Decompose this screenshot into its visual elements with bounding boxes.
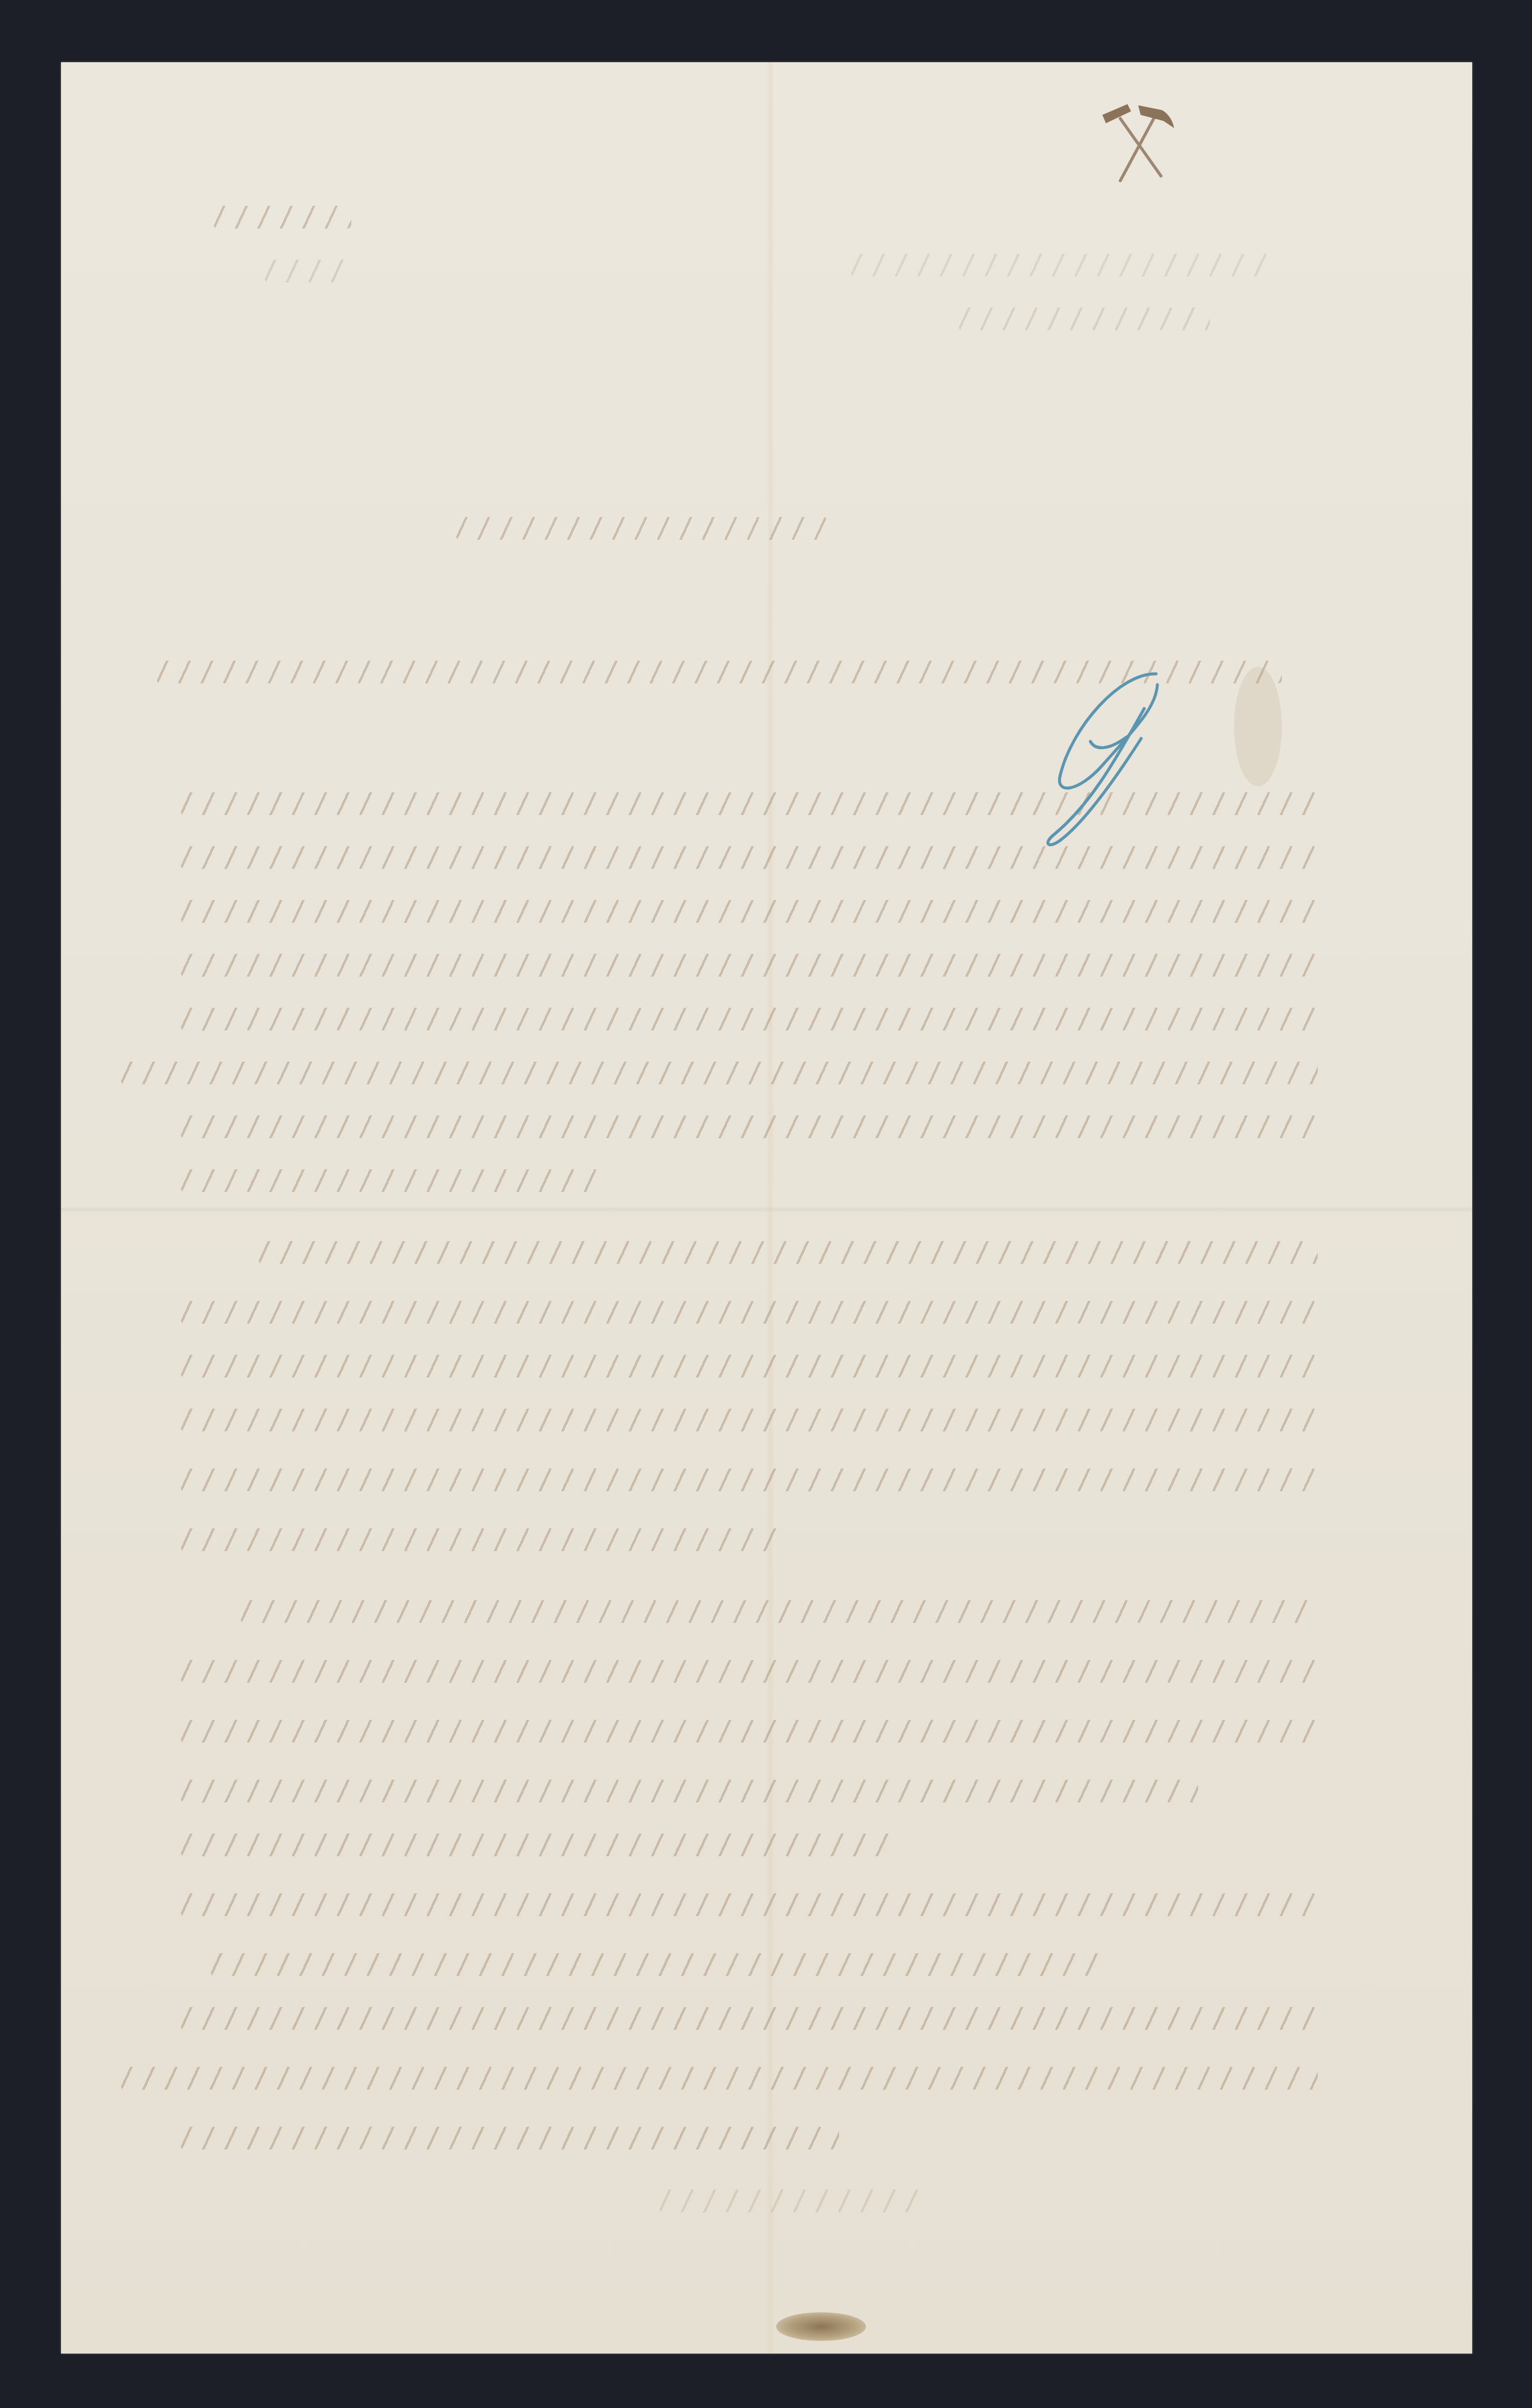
body-line: [illegible line 18] [181, 1720, 1318, 1743]
closing-line: [illegible line 26] [659, 2190, 929, 2212]
crossed-hammers-icon [1096, 92, 1180, 188]
body-line: [illegible line 8] [181, 1115, 1318, 1138]
body-line: [illegible line 12] [181, 1355, 1318, 1378]
body-line: [illegible line 22] [211, 1953, 1108, 1976]
body-line: [illegible line 24] [121, 2067, 1318, 2090]
body-line: [illegible line 19] [181, 1780, 1198, 1802]
paper-tear [776, 2312, 866, 2341]
body-line: [illegible line 23] [181, 2007, 1318, 2030]
horizontal-fold-crease [61, 1206, 1472, 1212]
salutation: [illegible salutation] [456, 517, 827, 540]
body-line: [illegible line 14] [181, 1468, 1318, 1491]
letter-paper: [illegible date line] [illegible] [illeg… [61, 62, 1472, 2354]
body-line: [illegible line 9] [181, 1169, 600, 1192]
body-line: [illegible line 13] [181, 1409, 1318, 1431]
header-address-line: [illegible place/address line] [851, 254, 1270, 276]
body-line: [illegible line 21] [181, 1893, 1318, 1916]
body-line: [illegible line 17] [181, 1660, 1318, 1683]
header-date-line: [illegible date line] [214, 206, 351, 229]
body-line: [illegible line 5] [181, 954, 1318, 977]
body-line: [illegible line 10] [259, 1241, 1318, 1264]
body-line: [illegible line 20] [181, 1834, 899, 1856]
body-line: [illegible line 25] [181, 2127, 839, 2149]
paper-stain [1234, 667, 1282, 786]
blue-g-annotation [1031, 661, 1174, 852]
header-date-line-2: [illegible] [265, 260, 354, 282]
body-line: [illegible line 15] [181, 1528, 779, 1551]
body-line: [illegible line 16] [241, 1600, 1318, 1623]
body-line: [illegible line 7] [121, 1062, 1318, 1084]
body-line: [illegible line 11] [181, 1301, 1318, 1324]
body-line: [illegible line 4] [181, 900, 1318, 923]
header-address-line-2: [illegible] [959, 308, 1210, 330]
body-line: [illegible line 6] [181, 1008, 1318, 1030]
